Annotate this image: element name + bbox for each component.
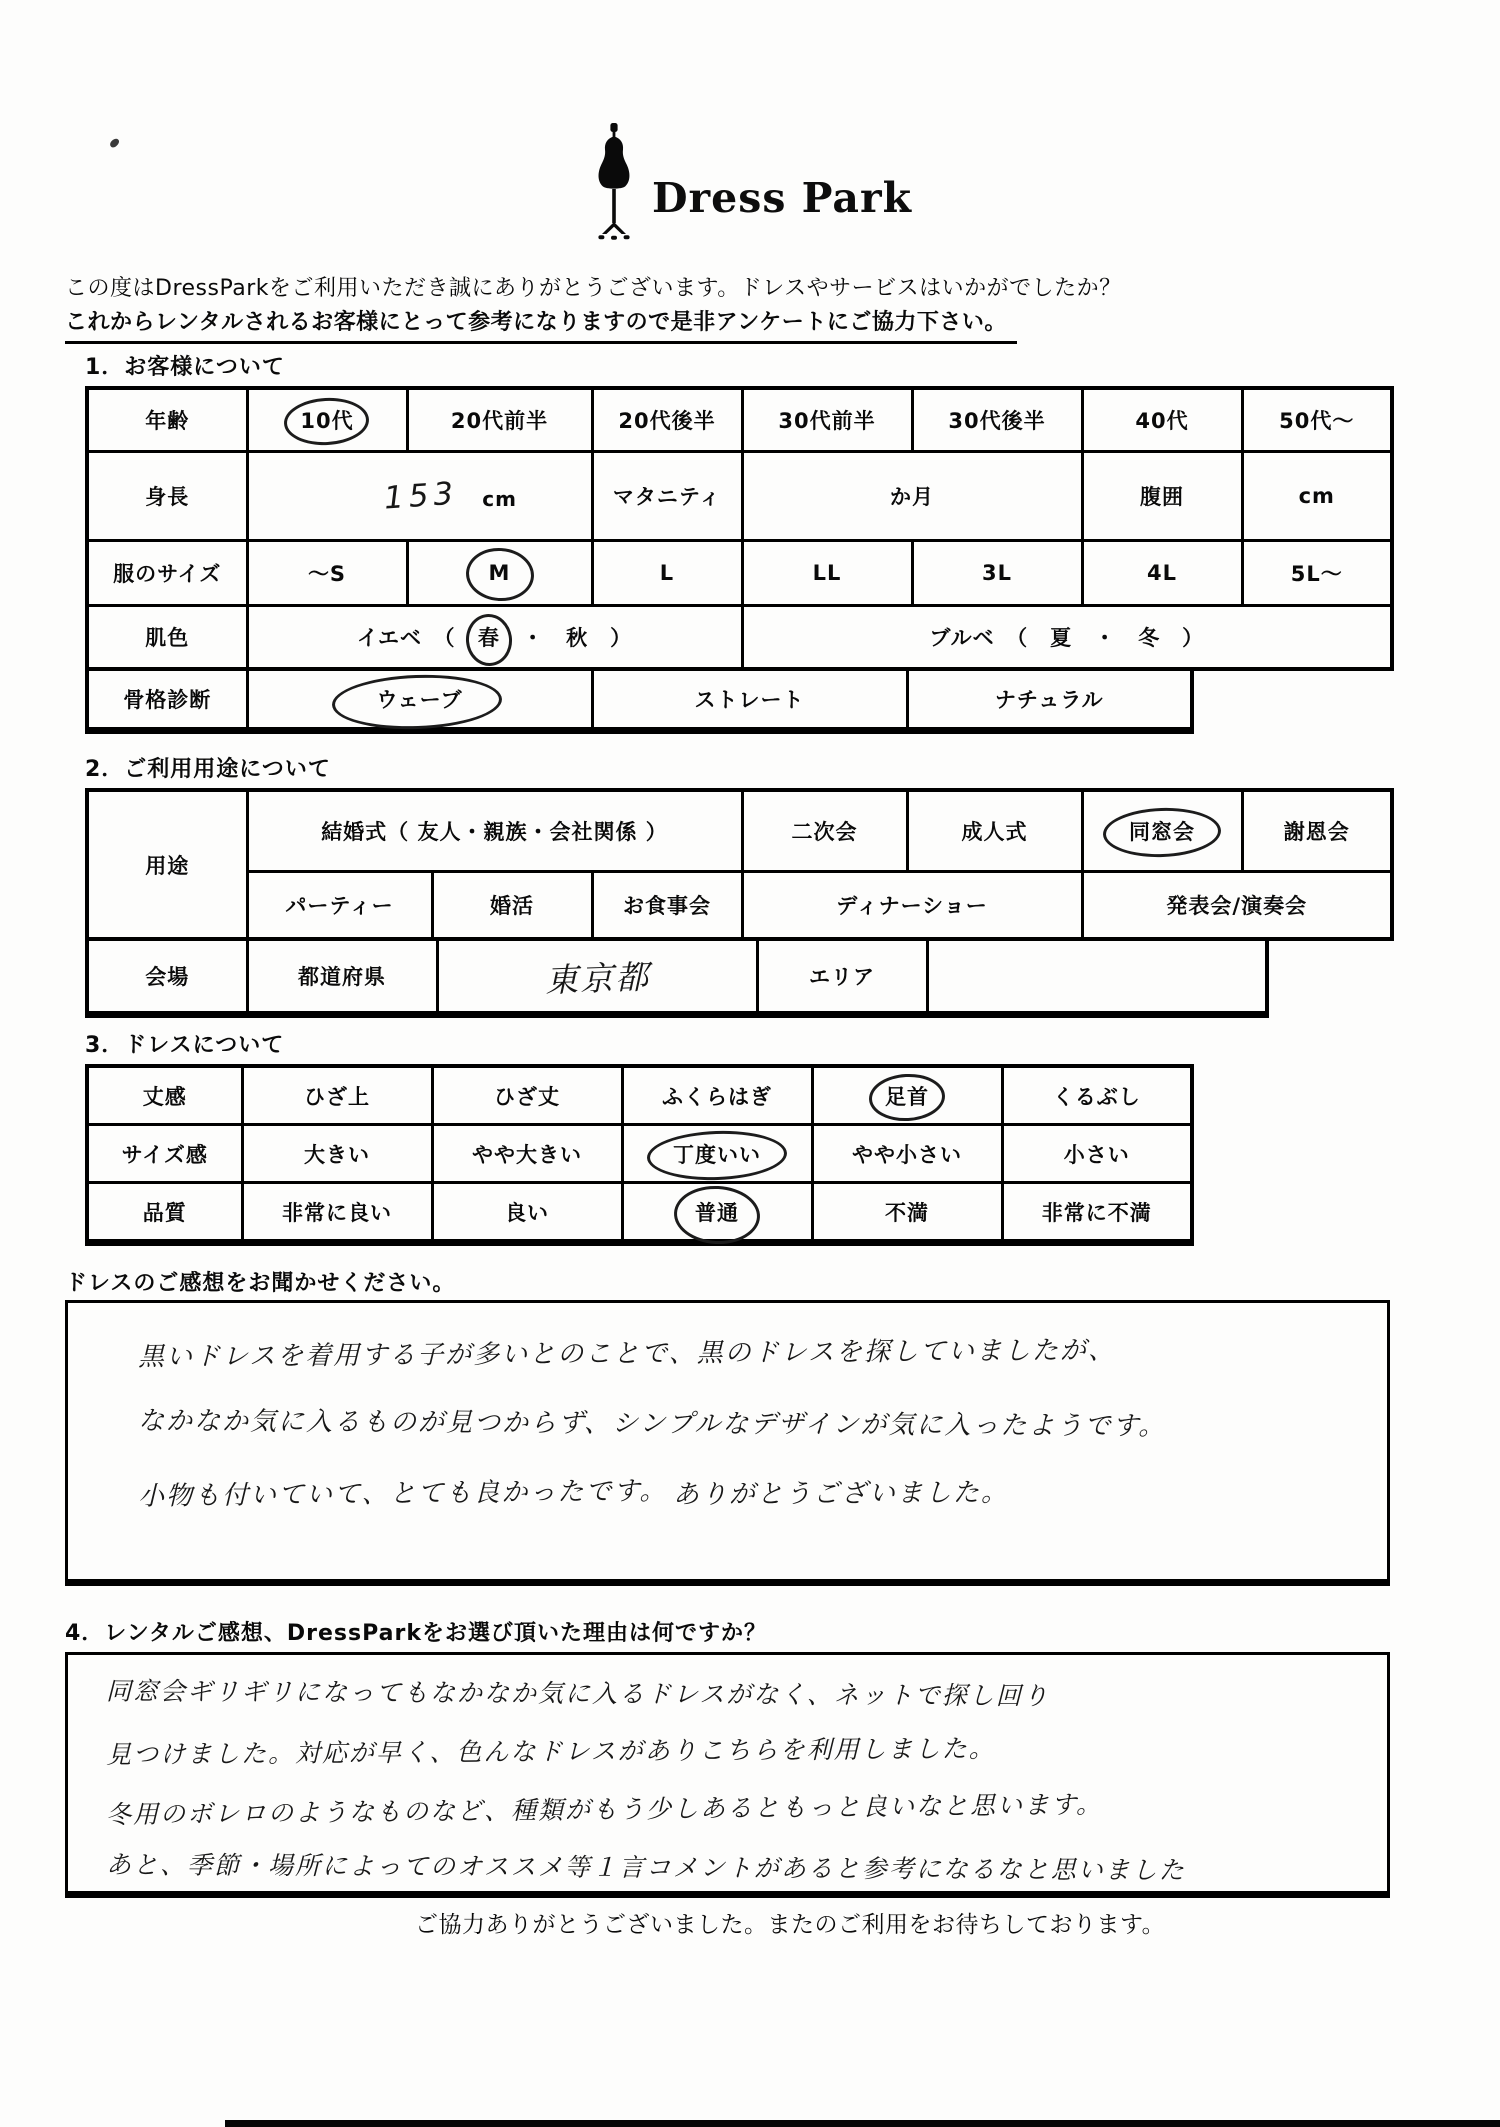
venue-label: 会場 xyxy=(87,939,247,1015)
height-value-cell: 153cm xyxy=(247,452,592,541)
circled-selection: 普通 xyxy=(695,1197,739,1227)
dress-mannequin-icon xyxy=(588,122,640,240)
size-option: LL xyxy=(742,541,912,606)
scan-edge-artifact xyxy=(225,2120,1500,2127)
venue-row: 会場 都道府県 東京都 エリア xyxy=(87,939,1267,1015)
fit-option-just-right: 丁度いい xyxy=(622,1125,812,1183)
quality-option: 不満 xyxy=(812,1183,1002,1243)
age-option: 20代後半 xyxy=(592,388,742,452)
handwritten-comment-line: あと、季節・場所によってのオススメ等１言コメントがあると参考になるなと思いました xyxy=(106,1836,1186,1900)
handwritten-comment-line: 同窓会ギリギリになってもなかなか気に入るドレスがなく、ネットで探し回り xyxy=(106,1663,1050,1726)
dress-comment-box: 黒いドレスを着用する子が多いとのことで、黒のドレスを探していましたが、 なかなか… xyxy=(65,1300,1390,1586)
length-option: ひざ丈 xyxy=(432,1066,622,1125)
fit-option: 小さい xyxy=(1002,1125,1192,1183)
closing-thanks-text: ご協力ありがとうございました。またのご利用をお待ちしております。 xyxy=(415,1906,1165,1939)
dress-table: 丈感 ひざ上 ひざ丈 ふくらはぎ 足首 くるぶし サイズ感 大きい やや大きい … xyxy=(85,1064,1194,1246)
fit-label: サイズ感 xyxy=(87,1125,242,1183)
handwritten-comment-line: 小物も付いていて、とても良かったです。 xyxy=(138,1456,668,1532)
purpose-row-1: 用途 結婚式（ 友人・親族・会社関係 ） 二次会 成人式 同窓会 謝恩会 xyxy=(87,790,1392,872)
size-option: 3L xyxy=(912,541,1082,606)
handwritten-prefecture: 東京都 xyxy=(544,951,651,1002)
length-option: ひざ上 xyxy=(242,1066,432,1125)
clothing-size-row: 服のサイズ ～S M L LL 3L 4L 5L～ xyxy=(87,541,1392,606)
quality-option: 良い xyxy=(432,1183,622,1243)
purpose-option: 婚活 xyxy=(432,872,592,940)
fit-option: やや大きい xyxy=(432,1125,622,1183)
area-value-cell xyxy=(927,939,1267,1015)
area-label: エリア xyxy=(757,939,927,1015)
quality-label: 品質 xyxy=(87,1183,242,1243)
circled-selection: 丁度いい xyxy=(673,1139,761,1169)
quality-row: 品質 非常に良い 良い 普通 不満 非常に不満 xyxy=(87,1183,1192,1243)
length-option: くるぶし xyxy=(1002,1066,1192,1125)
circled-selection: M xyxy=(489,561,511,585)
circled-selection: 足首 xyxy=(885,1081,929,1111)
purpose-option-reunion: 同窓会 xyxy=(1082,790,1242,872)
handwritten-comment-line: 見つけました。対応が早く、色んなドレスがありこちらを利用しました。 xyxy=(106,1720,996,1784)
height-label: 身長 xyxy=(87,452,247,541)
rental-comment-box: 同窓会ギリギリになってもなかなか気に入るドレスがなく、ネットで探し回り 見つけま… xyxy=(65,1652,1390,1898)
age-row: 年齢 10代 20代前半 20代後半 30代前半 30代後半 40代 50代～ xyxy=(87,388,1392,452)
age-option: 40代 xyxy=(1082,388,1242,452)
dress-comment-prompt: ドレスのご感想をお聞かせください。 xyxy=(65,1266,455,1297)
height-unit: cm xyxy=(482,487,517,511)
age-option: 30代後半 xyxy=(912,388,1082,452)
skeleton-row: 骨格診断 ウェーブ ストレート ナチュラル xyxy=(87,669,1192,731)
prefecture-label: 都道府県 xyxy=(247,939,437,1015)
prefecture-value-cell: 東京都 xyxy=(437,939,757,1015)
purpose-option: 成人式 xyxy=(907,790,1082,872)
age-option: 20代前半 xyxy=(407,388,592,452)
length-row: 丈感 ひざ上 ひざ丈 ふくらはぎ 足首 くるぶし xyxy=(87,1066,1192,1125)
section4-title: 4．レンタルご感想、DressParkをお選び頂いた理由は何ですか？ xyxy=(65,1616,767,1647)
skeleton-option: ナチュラル xyxy=(907,669,1192,731)
circled-selection: 10代 xyxy=(300,405,353,435)
purpose-row-2: パーティー 婚活 お食事会 ディナーショー 発表会/演奏会 xyxy=(87,872,1392,940)
intro-text: この度はDressParkをご利用いただき誠にありがとうございます。ドレスやサー… xyxy=(65,271,1122,302)
customer-table-skeleton: 骨格診断 ウェーブ ストレート ナチュラル xyxy=(85,667,1194,734)
scanned-survey-form: Dress Park この度はDressParkをご利用いただき誠にありがとうご… xyxy=(0,0,1500,2127)
size-option: ～S xyxy=(247,541,407,606)
purpose-option: 結婚式（ 友人・親族・会社関係 ） xyxy=(247,790,742,872)
length-option: ふくらはぎ xyxy=(622,1066,812,1125)
skin-yellow-base-cell: イエベ （ 春 ・ 秋 ） xyxy=(247,606,742,670)
skeleton-label: 骨格診断 xyxy=(87,669,247,731)
quality-option: 非常に不満 xyxy=(1002,1183,1192,1243)
maternity-months-label: か月 xyxy=(742,452,1082,541)
age-option-10s: 10代 xyxy=(247,388,407,452)
skin-yellow-suffix: ・ 秋 ） xyxy=(522,626,632,650)
quality-option: 非常に良い xyxy=(242,1183,432,1243)
handwritten-height-value: 153 xyxy=(383,475,460,516)
section2-title: 2．ご利用用途について xyxy=(85,752,331,783)
size-option: 5L～ xyxy=(1242,541,1392,606)
skeleton-option-wave: ウェーブ xyxy=(247,669,592,731)
skin-yellow-prefix: イエベ （ xyxy=(357,626,456,650)
circled-selection: 春 xyxy=(478,622,500,652)
height-row: 身長 153cm マタニティ か月 腹囲 cm xyxy=(87,452,1392,541)
purpose-option: 謝恩会 xyxy=(1242,790,1392,872)
customer-table-main: 年齢 10代 20代前半 20代後半 30代前半 30代後半 40代 50代～ … xyxy=(85,386,1394,671)
skin-label: 肌色 xyxy=(87,606,247,670)
handwritten-comment-line: なかなか気に入るものが見つからず、シンプルなデザインが気に入ったようです。 xyxy=(138,1386,1167,1461)
purpose-option: パーティー xyxy=(247,872,432,940)
intro-request-text: これからレンタルされるお客様にとって参考になりますので是非アンケートにご協力下さ… xyxy=(65,305,1017,344)
dress-table-main: 丈感 ひざ上 ひざ丈 ふくらはぎ 足首 くるぶし サイズ感 大きい やや大きい … xyxy=(85,1064,1194,1246)
girth-unit-label: cm xyxy=(1242,452,1392,541)
circled-selection: ウェーブ xyxy=(376,684,462,714)
venue-table: 会場 都道府県 東京都 エリア xyxy=(85,937,1269,1018)
size-label: 服のサイズ xyxy=(87,541,247,606)
maternity-label: マタニティ xyxy=(592,452,742,541)
circled-selection: 同窓会 xyxy=(1129,816,1195,846)
skin-blue-base-cell: ブルベ （ 夏 ・ 冬 ） xyxy=(742,606,1392,670)
handwritten-comment-line: 黒いドレスを着用する子が多いとのことで、黒のドレスを探していましたが、 xyxy=(138,1316,1116,1393)
age-label: 年齢 xyxy=(87,388,247,452)
purpose-label: 用途 xyxy=(87,790,247,939)
girth-label: 腹囲 xyxy=(1082,452,1242,541)
purpose-option: ディナーショー xyxy=(742,872,1082,940)
fit-option: 大きい xyxy=(242,1125,432,1183)
purpose-option: お食事会 xyxy=(592,872,742,940)
usage-table-main: 用途 結婚式（ 友人・親族・会社関係 ） 二次会 成人式 同窓会 謝恩会 パーテ… xyxy=(85,788,1394,941)
skeleton-option: ストレート xyxy=(592,669,907,731)
handwritten-comment-line: ありがとうございました。 xyxy=(672,1458,1008,1530)
age-option: 30代前半 xyxy=(742,388,912,452)
section3-title: 3．ドレスについて xyxy=(85,1028,284,1059)
usage-table: 用途 結婚式（ 友人・親族・会社関係 ） 二次会 成人式 同窓会 謝恩会 パーテ… xyxy=(85,788,1394,1018)
brand-name: Dress Park xyxy=(652,174,912,222)
quality-option-normal: 普通 xyxy=(622,1183,812,1243)
purpose-option: 発表会/演奏会 xyxy=(1082,872,1392,940)
age-option: 50代～ xyxy=(1242,388,1392,452)
section1-title: 1．お客様について xyxy=(85,350,285,381)
length-option-ankle: 足首 xyxy=(812,1066,1002,1125)
fit-option: やや小さい xyxy=(812,1125,1002,1183)
length-label: 丈感 xyxy=(87,1066,242,1125)
logo: Dress Park xyxy=(0,122,1500,240)
customer-info-table: 年齢 10代 20代前半 20代後半 30代前半 30代後半 40代 50代～ … xyxy=(85,386,1394,734)
size-option-m: M xyxy=(407,541,592,606)
purpose-option: 二次会 xyxy=(742,790,907,872)
size-option: L xyxy=(592,541,742,606)
handwritten-comment-line: 冬用のボレロのようなものなど、種類がもう少しあるともっと良いなと思います。 xyxy=(106,1776,1104,1844)
skin-tone-row: 肌色 イエベ （ 春 ・ 秋 ） ブルベ （ 夏 ・ 冬 ） xyxy=(87,606,1392,670)
fit-row: サイズ感 大きい やや大きい 丁度いい やや小さい 小さい xyxy=(87,1125,1192,1183)
size-option: 4L xyxy=(1082,541,1242,606)
